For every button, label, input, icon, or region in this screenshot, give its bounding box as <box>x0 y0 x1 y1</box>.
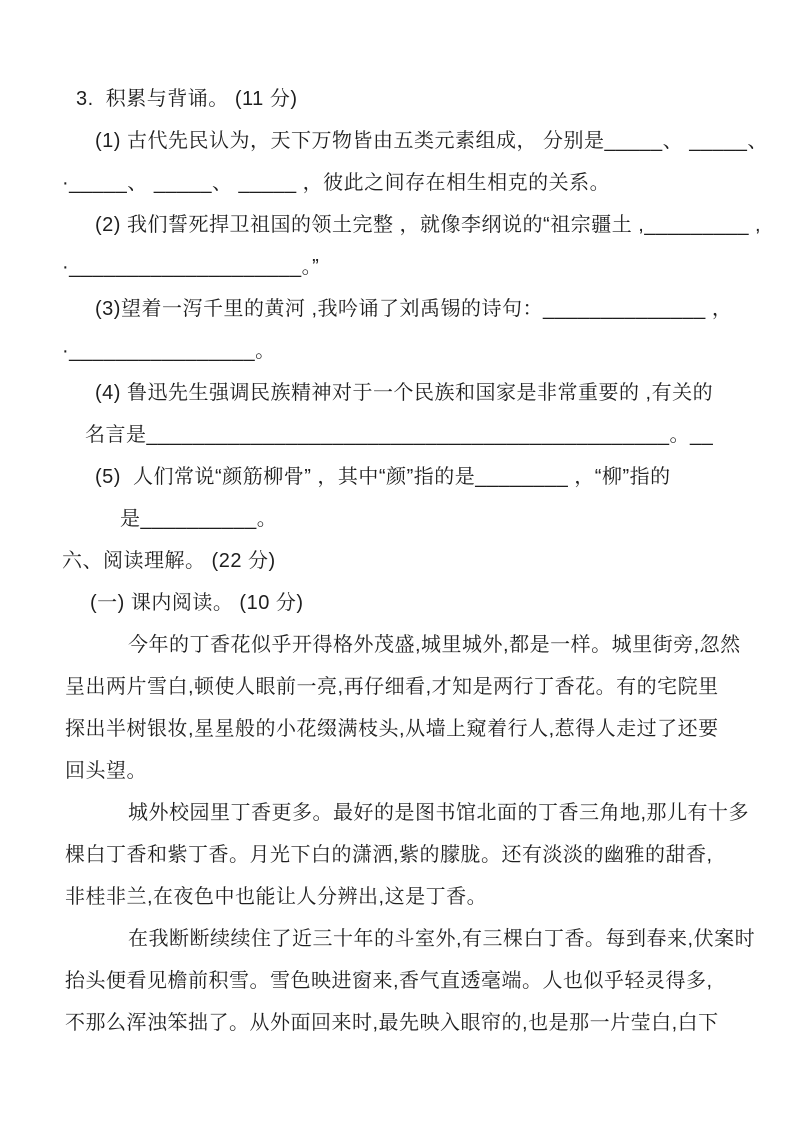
question-3-2-line-1: (2) 我们誓死捍卫祖国的领土完整 ，就像李纲说的“祖宗疆土 ,________… <box>62 210 757 252</box>
passage-paragraph-1-line-1: 今年的丁香花似乎开得格外茂盛,城里城外,都是一样。城里街旁,忽然 <box>62 630 757 672</box>
question-3-3-line-2: ·________________。 <box>62 336 757 378</box>
passage-paragraph-2-line-2: 棵白丁香和紫丁香。月光下白的潇洒,紫的朦胧。还有淡淡的幽雅的甜香, <box>62 840 757 882</box>
section-6-heading: 六、阅读理解。 (22 分) <box>62 546 757 588</box>
question-3-1-line-1: (1) 古代先民认为，天下万物皆由五类元素组成， 分别是_____、 _____… <box>62 126 757 168</box>
question-3-2-line-2: ·____________________。” <box>62 252 757 294</box>
passage-paragraph-3-line-1: 在我断断续续住了近三十年的斗室外,有三棵白丁香。每到春来,伏案时 <box>62 924 757 966</box>
question-3-4-line-2: 名言是_____________________________________… <box>62 420 757 462</box>
question-3-5-line-2: 是__________。 <box>62 504 757 546</box>
passage-paragraph-2-line-3: 非桂非兰,在夜色中也能让人分辨出,这是丁香。 <box>62 882 757 924</box>
exam-page: 3. 积累与背诵。 (11 分) (1) 古代先民认为，天下万物皆由五类元素组成… <box>0 0 793 1122</box>
passage-paragraph-3-line-2: 抬头便看见檐前积雪。雪色映进窗来,香气直透毫端。人也似乎轻灵得多, <box>62 966 757 1008</box>
passage-paragraph-1-line-4: 回头望。 <box>62 756 757 798</box>
section-6-1-subheading: (一) 课内阅读。 (10 分) <box>62 588 757 630</box>
passage-paragraph-1-line-2: 呈出两片雪白,顿使人眼前一亮,再仔细看,才知是两行丁香花。有的宅院里 <box>62 672 757 714</box>
question-3-1-line-2: ·_____、 _____、 _____ ，彼此之间存在相生相克的关系。 <box>62 168 757 210</box>
passage-paragraph-2-line-1: 城外校园里丁香更多。最好的是图书馆北面的丁香三角地,那儿有十多 <box>62 798 757 840</box>
passage-paragraph-1-line-3: 探出半树银妆,星星般的小花缀满枝头,从墙上窥着行人,惹得人走过了还要 <box>62 714 757 756</box>
passage-paragraph-3-line-3: 不那么浑浊笨拙了。从外面回来时,最先映入眼帘的,也是那一片莹白,白下 <box>62 1008 757 1050</box>
question-3-4-line-1: (4) 鲁迅先生强调民族精神对于一个民族和国家是非常重要的 ,有关的 <box>62 378 757 420</box>
question-3-heading: 3. 积累与背诵。 (11 分) <box>62 84 757 126</box>
question-3-3-line-1: (3)望着一泻千里的黄河 ,我吟诵了刘禹锡的诗句：______________ … <box>62 294 757 336</box>
question-3-5-line-1: (5) 人们常说“颜筋柳骨” ，其中“颜”指的是________ ，“柳”指的 <box>62 462 757 504</box>
